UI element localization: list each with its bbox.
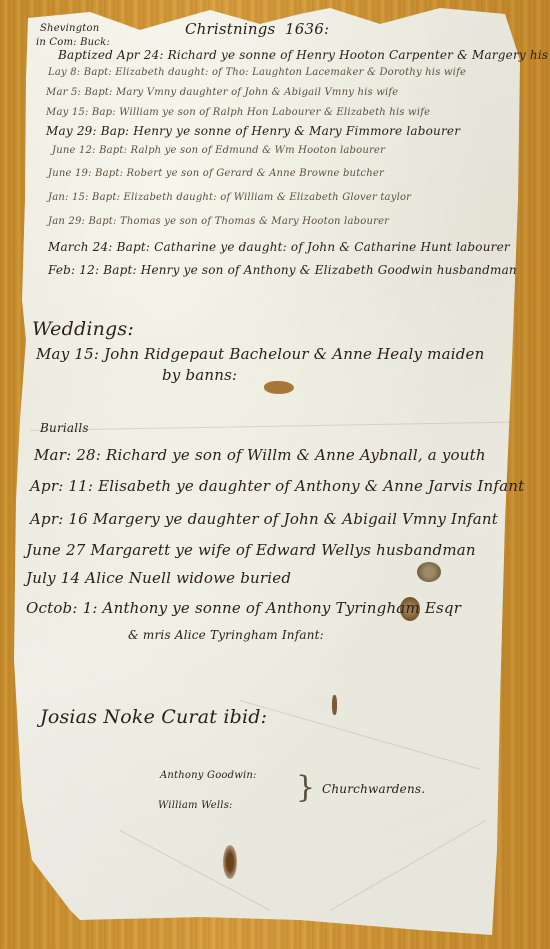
curate-signature: Josias Noke Curat ibid: — [40, 706, 267, 728]
entry-date: March 24: — [48, 240, 113, 254]
burial-entry: Apr: 16 Margery ye daughter of John & Ab… — [30, 510, 498, 528]
christening-entry: Feb: 12: Bapt: Henry ye son of Anthony &… — [48, 263, 517, 277]
register-title: Christnings — [185, 20, 275, 38]
wedding-entry: May 15: John Ridgepaut Bachelour & Anne … — [36, 345, 484, 363]
entry-text: Bapt: Henry ye son of Anthony & Elizabet… — [103, 263, 517, 277]
entry-text: Bapt: Mary Vmny daughter of John & Abiga… — [84, 87, 398, 98]
entry-text: Richard ye son of Willm & Anne Aybnall, … — [106, 446, 486, 464]
christening-entry: Lay 8: Bapt: Elizabeth daught: of Tho: L… — [48, 67, 466, 78]
entry-date: Mar: 28: — [34, 446, 101, 464]
entry-text: Elisabeth ye daughter of Anthony & Anne … — [98, 477, 524, 495]
county-name: in Com: Buck: — [36, 37, 110, 48]
wax-spot — [417, 562, 441, 582]
burn-mark — [223, 845, 237, 879]
ink-stain — [264, 381, 294, 394]
entry-date: Jan: 15: — [48, 192, 89, 203]
entry-date: Baptized Apr 24: — [58, 48, 164, 62]
brace-bracket: } — [296, 770, 315, 805]
churchwardens-label: Churchwardens. — [322, 782, 425, 796]
burial-entry: Octob: 1: Anthony ye sonne of Anthony Ty… — [26, 599, 461, 617]
christening-entry: May 29: Bap: Henry ye sonne of Henry & M… — [46, 124, 460, 138]
entry-date: June 19: — [48, 168, 92, 179]
burial-entry: Mar: 28: Richard ye son of Willm & Anne … — [34, 446, 486, 464]
entry-text: Bapt: Elizabeth daught: of William & Eli… — [92, 192, 411, 203]
entry-text: Bapt: Ralph ye son of Edmund & Wm Hooton… — [99, 145, 385, 156]
entry-date: Feb: 12: — [48, 263, 99, 277]
churchwarden-signature: William Wells: — [158, 800, 233, 811]
christening-entry: Jan 29: Bapt: Thomas ye son of Thomas & … — [48, 216, 389, 227]
entry-date: Octob: 1: — [26, 599, 98, 617]
burial-entry: Apr: 11: Elisabeth ye daughter of Anthon… — [30, 477, 524, 495]
entry-text: Bap: William ye son of Ralph Hon Laboure… — [92, 107, 430, 118]
entry-text: Bapt: Elizabeth daught: of Tho: Laughton… — [84, 67, 466, 78]
entry-date: May 29: — [46, 124, 97, 138]
entry-text: Bapt: Robert ye son of Gerard & Anne Bro… — [95, 168, 384, 179]
entry-date: Mar 5: — [46, 87, 81, 98]
entry-text: Bapt: Catharine ye daught: of John & Cat… — [117, 240, 510, 254]
entry-text: Alice Nuell widowe buried — [85, 569, 291, 587]
entry-date: May 15: — [46, 107, 89, 118]
entry-text: Bapt: Thomas ye son of Thomas & Mary Hoo… — [88, 216, 389, 227]
weddings-heading: Weddings: — [32, 318, 134, 340]
register-year: 1636: — [285, 20, 329, 38]
wedding-note: by banns: — [162, 366, 237, 384]
entry-text: Margery ye daughter of John & Abigail Vm… — [93, 510, 498, 528]
entry-text: Margarett ye wife of Edward Wellys husba… — [90, 541, 475, 559]
entry-date: June 27 — [26, 541, 85, 559]
burial-entry: June 27 Margarett ye wife of Edward Well… — [26, 541, 476, 559]
parish-name: Shevington — [40, 23, 99, 34]
entry-date: Jan 29: — [48, 216, 85, 227]
entry-date: May 15: — [36, 345, 99, 363]
christening-entry: June 19: Bapt: Robert ye son of Gerard &… — [48, 168, 384, 179]
christening-entry: Mar 5: Bapt: Mary Vmny daughter of John … — [46, 87, 398, 98]
ink-blot — [332, 695, 337, 715]
christening-entry: May 15: Bap: William ye son of Ralph Hon… — [46, 107, 430, 118]
christening-entry: June 12: Bapt: Ralph ye son of Edmund & … — [52, 145, 385, 156]
burial-entry: July 14 Alice Nuell widowe buried — [26, 569, 291, 587]
entry-date: June 12: — [52, 145, 96, 156]
entry-date: Lay 8: — [48, 67, 80, 78]
entry-text: Richard ye sonne of Henry Hooton Carpent… — [168, 48, 549, 62]
christening-entry: March 24: Bapt: Catharine ye daught: of … — [48, 240, 510, 254]
entry-date: July 14 — [26, 569, 80, 587]
entry-date: Apr: 16 — [30, 510, 88, 528]
entry-date: Apr: 11: — [30, 477, 93, 495]
burials-heading: Burialls — [40, 421, 89, 435]
churchwarden-signature: Anthony Goodwin: — [160, 770, 257, 781]
entry-text: Anthony ye sonne of Anthony Tyringham Es… — [103, 599, 462, 617]
parchment-sheet — [0, 0, 550, 949]
entry-text: Bap: Henry ye sonne of Henry & Mary Fimm… — [101, 124, 460, 138]
entry-text: John Ridgepaut Bachelour & Anne Healy ma… — [104, 345, 484, 363]
christening-entry: Jan: 15: Bapt: Elizabeth daught: of Will… — [48, 192, 411, 203]
burial-continuation: & mris Alice Tyringham Infant: — [128, 628, 324, 642]
christening-entry: Baptized Apr 24: Richard ye sonne of Hen… — [58, 48, 548, 62]
